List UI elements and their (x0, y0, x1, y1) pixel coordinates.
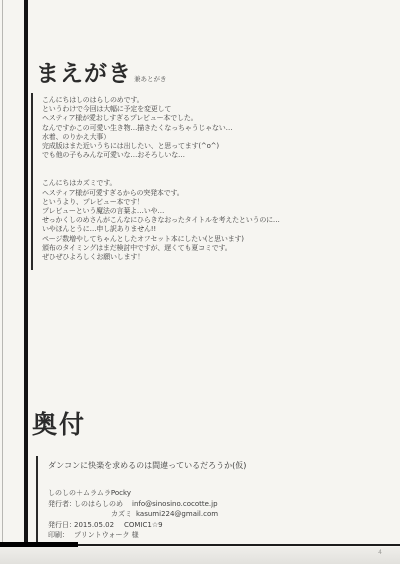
publisher-row-2: カズミkasumi224@gmail.com (48, 509, 348, 520)
date-value: 2015.05.02 (74, 520, 124, 531)
circle-name: しのしの＋ムラムラPocky (48, 488, 348, 499)
colophon-body: ダンコンに快楽を求めるのは間違っているだろうか(仮) しのしの＋ムラムラPock… (36, 456, 348, 547)
publisher-label: 発行者： (48, 499, 74, 510)
publish-date-row: 発行日：2015.05.02COMIC1☆9 (48, 520, 348, 531)
printer-row: 印刷：プリントウォーク 様 (48, 530, 348, 541)
foreword-paragraph1-line: 水着、のりかえ大事） (42, 133, 282, 142)
date-label: 発行日： (48, 520, 74, 531)
paragraph-spacer (42, 160, 282, 179)
scanned-doujinshi-page: まえがき兼あとがき こんにちはしのはらしのめです。 というわけで今回は大幅に予定… (0, 0, 400, 564)
foreword-paragraph2-line: 頒布のタイミングはまだ検討中ですが、遅くても夏コミです。 (42, 244, 282, 253)
publisher-row-1: 発行者：しのはらしのめinfo@sinosino.cocotte.jp (48, 499, 348, 510)
foreword-body: こんにちはしのはらしのめです。 というわけで今回は大幅に予定を変更して ヘスティ… (31, 93, 282, 270)
printer-label: 印刷： (48, 530, 74, 541)
scan-edge-line (2, 0, 3, 564)
foreword-paragraph1-line: 完成版はまた近いうちには出したい、と思ってます(^o^) (42, 142, 282, 151)
foreword-paragraph2-line: ヘスティア様が可愛すぎるからの突発本です。 (42, 189, 282, 198)
publisher2-contact: kasumi224@gmail.com (136, 510, 218, 518)
bottom-scan-strip (0, 547, 400, 564)
event-name: COMIC1☆9 (124, 521, 163, 529)
publisher1-contact: info@sinosino.cocotte.jp (132, 500, 218, 508)
foreword-heading: まえがき兼あとがき (36, 60, 167, 93)
foreword-paragraph2-line: ぜひぜひよろしくお願いします！ (42, 253, 282, 262)
foreword-paragraph1-line: でも他の子もみんな可愛いな…おそろしいな… (42, 151, 282, 160)
foreword-paragraph1-line: ヘスティア様が愛おしすぎるプレビュー本でした。 (42, 114, 282, 123)
foreword-paragraph2-line: ページ数増やしてちゃんとしたオフセット本にしたい(と思います) (42, 235, 282, 244)
publisher2-name: カズミ (74, 509, 136, 520)
spine-rule (24, 0, 28, 564)
book-title: ダンコンに快楽を求めるのは間違っているだろうか(仮) (48, 460, 348, 471)
foreword-paragraph2-line: プレビューという魔法の言葉よ…いや… (42, 207, 282, 216)
foreword-heading-subtitle: 兼あとがき (134, 75, 167, 83)
foreword-paragraph2-line: というより、プレビュー本です！ (42, 198, 282, 207)
page-number: 4 (378, 549, 382, 556)
printer-value: プリントウォーク 様 (74, 531, 139, 539)
foreword-paragraph2-line: いやほんとうに…申し訳ありません!! (42, 225, 282, 234)
foreword-heading-text: まえがき (36, 61, 132, 87)
foreword-paragraph1-line: こんにちはしのはらしのめです。 (42, 96, 282, 105)
foreword-paragraph1-line: なんですかこの可愛い生き物…描きたくなっちゃうじゃない… (42, 124, 282, 133)
foreword-paragraph2-line: こんにちはカズミです。 (42, 179, 282, 188)
colophon-heading: 奥付 (32, 410, 86, 440)
publisher1-name: しのはらしのめ (74, 499, 132, 510)
